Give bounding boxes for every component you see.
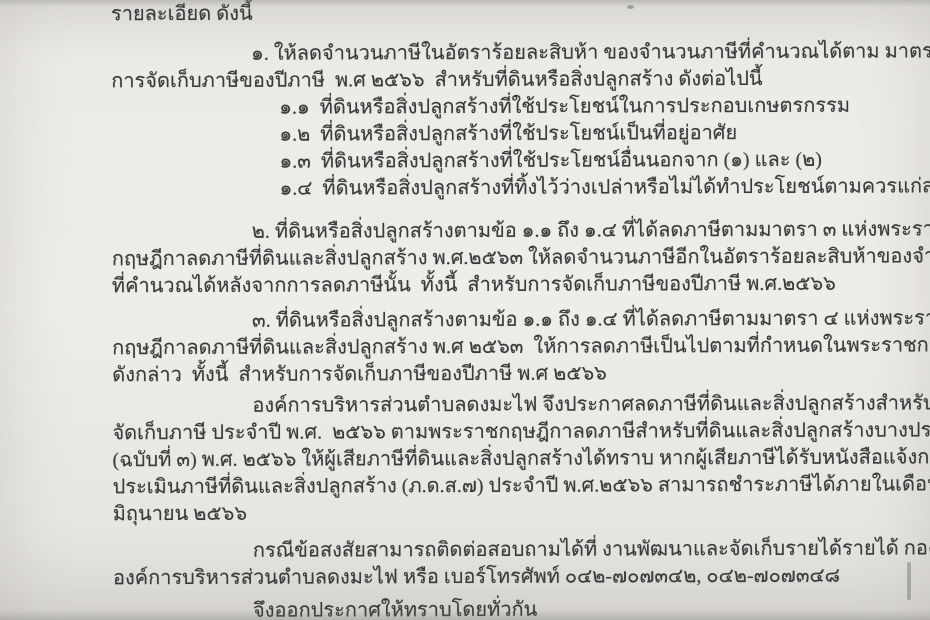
scanned-document-photo: รายละเอียด ดังนี้ ๑. ให้ลดจำนวนภาษีในอัต…	[0, 0, 930, 620]
clause-2-line-3: ที่คำนวณได้หลังจากการลดภาษีนั้น ทั้งนี้ …	[112, 271, 892, 301]
clause-1: ๑. ให้ลดจำนวนภาษีในอัตราร้อยละสิบห้า ของ…	[111, 39, 892, 204]
contact-paragraph: กรณีข้อสงสัยสามารถติดต่อสอบถามได้ที่ งาน…	[113, 536, 893, 593]
clause-2-line-1: ๒. ที่ดินหรือสิ่งปลูกสร้างตามข้อ ๑.๑ ถึง…	[112, 217, 892, 247]
photo-bottom-shadow	[0, 610, 930, 620]
contact-line-2: องค์การบริหารส่วนตำบลดงมะไฟ หรือ เบอร์โท…	[113, 563, 893, 593]
announcement-line-5: มิถุนายน ๒๕๖๖	[113, 499, 893, 529]
clause-1-line-1: ๑. ให้ลดจำนวนภาษีในอัตราร้อยละสิบห้า ของ…	[111, 39, 891, 69]
clause-3: ๓. ที่ดินหรือสิ่งปลูกสร้างตามข้อ ๑.๑ ถึง…	[112, 306, 892, 390]
paper-edge-mark	[907, 562, 911, 600]
announcement-line-1: องค์การบริหารส่วนตำบลดงมะไฟ จึงประกาศลดภ…	[112, 391, 892, 421]
clause-1-subitem-4: ๑.๔ ที่ดินหรือสิ่งปลูกสร้างที่ทิ้งไว้ว่า…	[112, 174, 892, 204]
clause-3-line-2: กฤษฎีกาลดภาษีที่ดินและสิ่งปลูกสร้าง พ.ศ …	[112, 333, 892, 363]
document-body: รายละเอียด ดังนี้ ๑. ให้ลดจำนวนภาษีในอัต…	[0, 0, 930, 620]
announcement-line-3: (ฉบับที่ ๓) พ.ศ. ๒๕๖๖ ให้ผู้เสียภาษีที่ด…	[112, 445, 892, 475]
announcement-paragraph: องค์การบริหารส่วนตำบลดงมะไฟ จึงประกาศลดภ…	[112, 391, 892, 529]
clause-2-line-2: กฤษฎีกาลดภาษีที่ดินและสิ่งปลูกสร้าง พ.ศ.…	[112, 244, 892, 274]
clause-3-line-1: ๓. ที่ดินหรือสิ่งปลูกสร้างตามข้อ ๑.๑ ถึง…	[112, 306, 892, 336]
clause-2: ๒. ที่ดินหรือสิ่งปลูกสร้างตามข้อ ๑.๑ ถึง…	[112, 217, 892, 301]
announcement-line-4: ประเมินภาษีที่ดินและสิ่งปลูกสร้าง (ภ.ด.ส…	[113, 472, 893, 502]
clause-1-subitem-2: ๑.๒ ที่ดินหรือสิ่งปลูกสร้างที่ใช้ประโยชน…	[111, 120, 891, 150]
photo-top-shadow	[0, 0, 930, 7]
clause-1-subitem-1: ๑.๑ ที่ดินหรือสิ่งปลูกสร้างที่ใช้ประโยชน…	[111, 93, 891, 123]
contact-line-1: กรณีข้อสงสัยสามารถติดต่อสอบถามได้ที่ งาน…	[113, 536, 893, 566]
announcement-line-2: จัดเก็บภาษี ประจำปี พ.ศ. ๒๕๖๖ ตามพระราชก…	[112, 418, 892, 448]
clause-1-subitem-3: ๑.๓ ที่ดินหรือสิ่งปลูกสร้างที่ใช้ประโยชน…	[111, 147, 891, 177]
paper-speck	[627, 5, 634, 9]
clause-1-line-2: การจัดเก็บภาษีของปีภาษี พ.ศ ๒๕๖๖ สำหรับท…	[111, 66, 891, 96]
clause-3-line-3: ดังกล่าว ทั้งนี้ สำหรับการจัดเก็บภาษีของ…	[112, 360, 892, 390]
